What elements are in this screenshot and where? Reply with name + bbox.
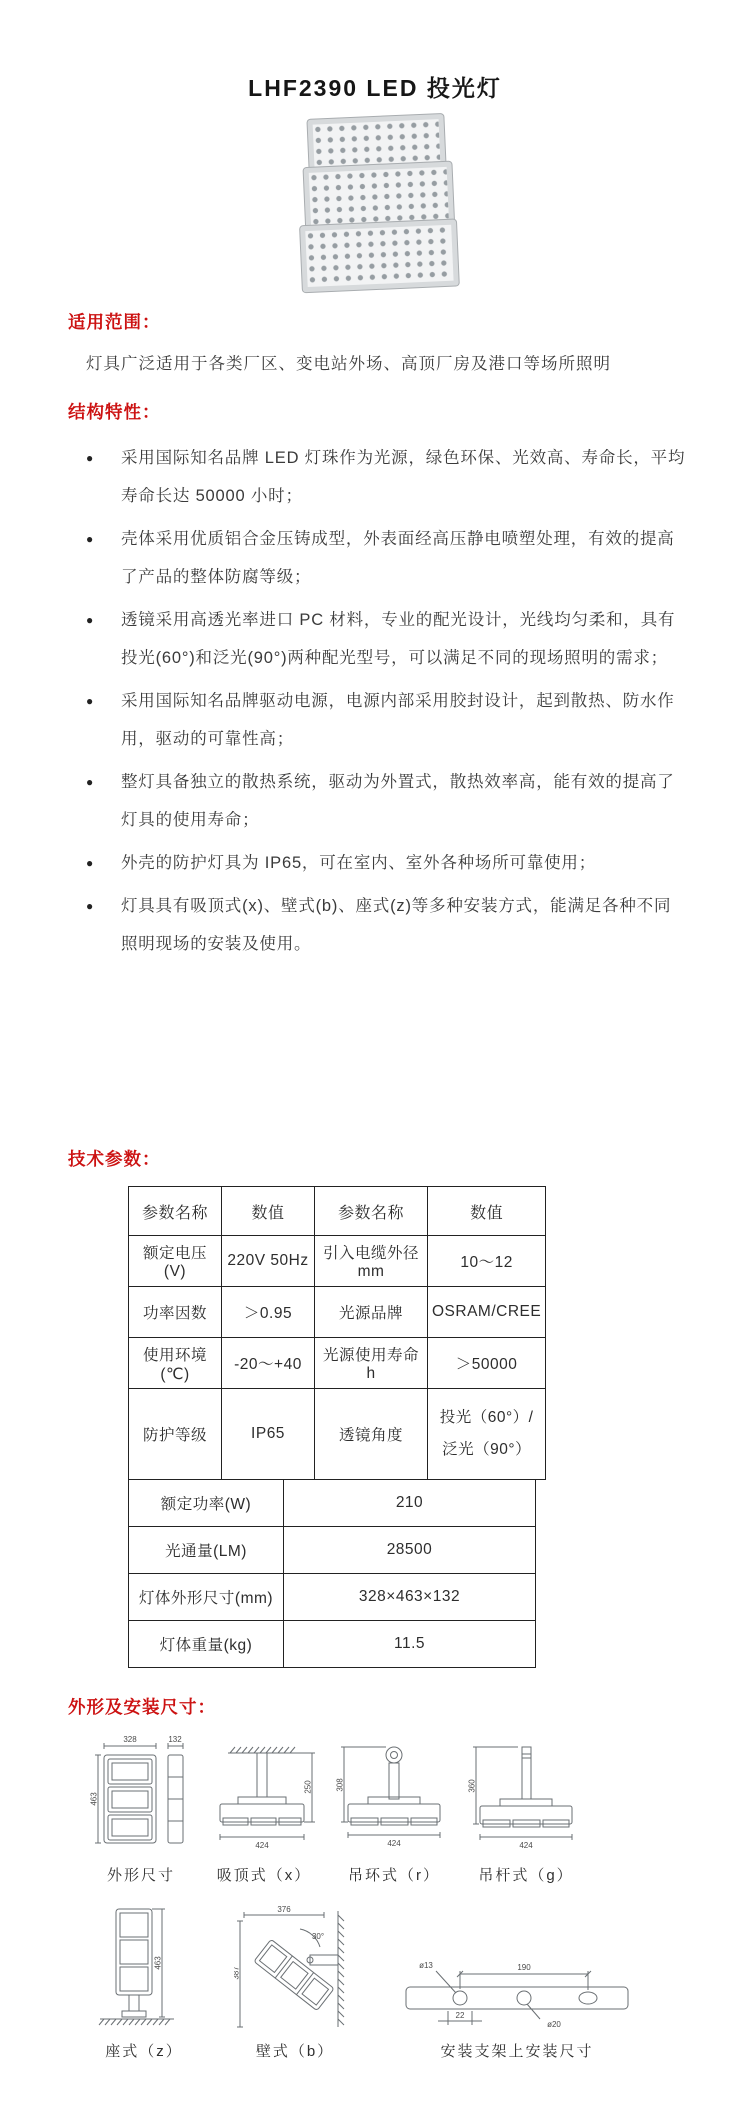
drawings-row-1: 328 463 132 外形尺寸 250 [90, 1735, 750, 1885]
feature-item: 采用国际知名品牌 LED 灯珠作为光源，绿色环保、光效高、寿命长，平均寿命长达 … [84, 439, 686, 515]
features-heading: 结构特性： [68, 399, 750, 424]
ring-mount-drawing: 308 424 [336, 1741, 452, 1859]
bracket-holes-drawing: ø13 190 22 ø20 [398, 1957, 636, 2035]
features-list: 采用国际知名品牌 LED 灯珠作为光源，绿色环保、光效高、寿命长，平均寿命长达 … [84, 439, 686, 963]
table-row: 灯体重量(kg) 11.5 [129, 1620, 536, 1667]
floodlight-illustration [295, 114, 454, 286]
dim-height-label: 463 [154, 1956, 163, 1970]
seat-mount-drawing: 463 [96, 1903, 192, 2035]
page-title: LHF2390 LED 投光灯 [0, 0, 750, 103]
param-value-cell: 11.5 [284, 1620, 536, 1667]
column-header: 参数名称 [129, 1187, 222, 1236]
dim-width-label: 328 [123, 1735, 137, 1744]
dim-height-label: 250 [304, 1780, 313, 1794]
dim-height-label: 387 [234, 1966, 241, 1980]
param-name-cell: 引入电缆外径 mm [315, 1236, 428, 1287]
drawing-label: 壁式（b） [234, 2040, 356, 2061]
table-row: 灯体外形尺寸(mm) 328×463×132 [129, 1573, 536, 1620]
drawing-rod-mount: 360 424 吊杆式（g） [468, 1741, 584, 1885]
feature-item: 壳体采用优质铝合金压铸成型，外表面经高压静电喷塑处理，有效的提高了产品的整体防腐… [84, 520, 686, 596]
drawings-row-2: 463 座式（z） [96, 1903, 750, 2061]
specs-summary-table: 额定功率(W) 210 光通量(LM) 28500 灯体外形尺寸(mm) 328… [128, 1479, 536, 1668]
led-module [300, 219, 459, 292]
drawing-ceiling-mount: 250 424 吸顶式（x） [208, 1743, 320, 1885]
dim-height-label: 308 [336, 1778, 345, 1792]
table-header-row: 参数名称 数值 参数名称 数值 [129, 1187, 546, 1236]
feature-item: 透镜采用高透光率进口 PC 材料，专业的配光设计，光线均匀柔和，具有投光(60°… [84, 601, 686, 677]
drawing-label: 吊环式（r） [336, 1864, 452, 1885]
param-name-cell: 透镜角度 [315, 1389, 428, 1480]
param-value-cell: ＞50000 [428, 1338, 546, 1389]
column-header: 数值 [222, 1187, 315, 1236]
param-name-cell: 光通量(LM) [129, 1526, 284, 1573]
dim-height-label: 360 [468, 1779, 477, 1793]
document-page: LHF2390 LED 投光灯 适用范围： 灯具广泛适用于各类厂区、变电站外场、… [0, 0, 750, 2112]
dim-pitch-label: 22 [456, 2011, 465, 2020]
outline-drawing: 328 463 132 [90, 1735, 192, 1859]
param-value-cell: IP65 [222, 1389, 315, 1480]
param-value-cell: 10～12 [428, 1236, 546, 1287]
dim-hole-large-label: ø20 [547, 2020, 561, 2029]
drawing-seat-mount: 463 座式（z） [96, 1903, 192, 2061]
feature-item: 采用国际知名品牌驱动电源，电源内部采用胶封设计，起到散热、防水作用，驱动的可靠性… [84, 682, 686, 758]
drawing-label: 安装支架上安装尺寸 [398, 2040, 636, 2061]
specs-heading: 技术参数： [68, 1146, 750, 1171]
dim-width-label: 424 [387, 1839, 401, 1848]
param-value-cell: 投光（60°）/ 泛光（90°） [428, 1389, 546, 1480]
column-header: 数值 [428, 1187, 546, 1236]
dim-width-label: 424 [255, 1841, 269, 1850]
dim-width-label: 376 [277, 1905, 291, 1914]
drawing-label: 吸顶式（x） [208, 1864, 320, 1885]
param-name-cell: 功率因数 [129, 1287, 222, 1338]
product-photo [265, 113, 485, 289]
feature-item: 灯具具有吸顶式(x)、壁式(b)、座式(z)等多种安装方式，能满足各种不同照明现… [84, 887, 686, 963]
param-name-cell: 光源品牌 [315, 1287, 428, 1338]
dim-hole-small-label: ø13 [419, 1961, 433, 1970]
param-value-cell: 220V 50Hz [222, 1236, 315, 1287]
param-name-cell: 光源使用寿命 h [315, 1338, 428, 1389]
section-gap [0, 968, 750, 1146]
table-row: 额定功率(W) 210 [129, 1479, 536, 1526]
param-name-cell: 额定功率(W) [129, 1479, 284, 1526]
dim-depth-label: 132 [168, 1735, 182, 1744]
feature-item: 外壳的防护灯具为 IP65，可在室内、室外各种场所可靠使用； [84, 844, 686, 882]
table-row: 光通量(LM) 28500 [129, 1526, 536, 1573]
drawing-label: 座式（z） [96, 2040, 192, 2061]
table-row: 使用环境(℃) -20～+40 光源使用寿命 h ＞50000 [129, 1338, 546, 1389]
dim-height-label: 463 [90, 1792, 99, 1806]
wall-mount-drawing: 376 30° 387 [234, 1903, 356, 2035]
drawing-wall-mount: 376 30° 387 壁式（b） [234, 1903, 356, 2061]
scope-text: 灯具广泛适用于各类厂区、变电站外场、高顶厂房及港口等场所照明 [86, 351, 690, 377]
param-value-cell: -20～+40 [222, 1338, 315, 1389]
drawing-ring-mount: 308 424 吊环式（r） [336, 1741, 452, 1885]
table-row: 额定电压(V) 220V 50Hz 引入电缆外径 mm 10～12 [129, 1236, 546, 1287]
param-name-cell: 使用环境(℃) [129, 1338, 222, 1389]
param-name-cell: 灯体重量(kg) [129, 1620, 284, 1667]
param-value-cell: 28500 [284, 1526, 536, 1573]
feature-item: 整灯具备独立的散热系统，驱动为外置式，散热效率高，能有效的提高了灯具的使用寿命； [84, 763, 686, 839]
scope-heading: 适用范围： [68, 309, 750, 334]
specs-parameter-table: 参数名称 数值 参数名称 数值 额定电压(V) 220V 50Hz 引入电缆外径… [128, 1186, 546, 1480]
table-row: 防护等级 IP65 透镜角度 投光（60°）/ 泛光（90°） [129, 1389, 546, 1480]
param-value-cell: ＞0.95 [222, 1287, 315, 1338]
param-name-cell: 额定电压(V) [129, 1236, 222, 1287]
table-row: 功率因数 ＞0.95 光源品牌 OSRAM/CREE [129, 1287, 546, 1338]
dimensions-heading: 外形及安装尺寸： [68, 1694, 750, 1719]
drawing-label: 外形尺寸 [90, 1864, 192, 1885]
dim-angle-label: 30° [312, 1932, 324, 1941]
drawing-label: 吊杆式（g） [468, 1864, 584, 1885]
param-value-cell: 328×463×132 [284, 1573, 536, 1620]
drawing-outline: 328 463 132 外形尺寸 [90, 1735, 192, 1885]
param-name-cell: 防护等级 [129, 1389, 222, 1480]
param-value-cell: 210 [284, 1479, 536, 1526]
ceiling-mount-drawing: 250 424 [208, 1743, 320, 1859]
dim-width-label: 424 [519, 1841, 533, 1850]
param-value-cell: OSRAM/CREE [428, 1287, 546, 1338]
param-name-cell: 灯体外形尺寸(mm) [129, 1573, 284, 1620]
dim-span-label: 190 [517, 1963, 531, 1972]
drawing-bracket-holes: ø13 190 22 ø20 安装支架上安装尺寸 [398, 1957, 636, 2061]
column-header: 参数名称 [315, 1187, 428, 1236]
rod-mount-drawing: 360 424 [468, 1741, 584, 1859]
